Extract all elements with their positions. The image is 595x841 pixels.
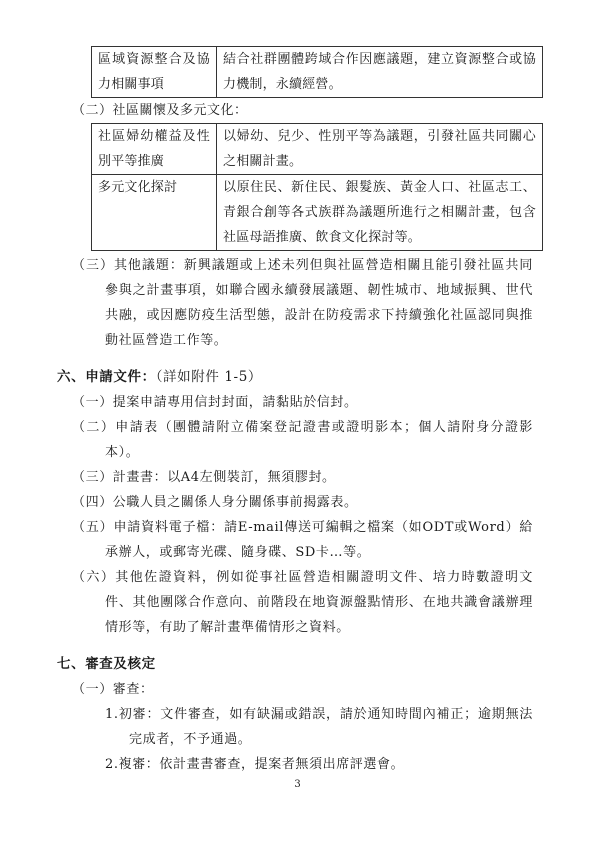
section-7-title: 七、審查及核定 bbox=[57, 652, 538, 677]
section-6-item-6: （六）其他佐證資料，例如從事社區營造相關證明文件、培力時數證明文件、其他團隊合作… bbox=[72, 565, 533, 640]
section-7-sub-heading: （一）審查： bbox=[72, 677, 533, 702]
page-number: 3 bbox=[0, 779, 595, 790]
section-6-title-text: 六、申請文件： bbox=[57, 369, 156, 385]
regional-resources-table: 區域資源整合及協力相關事項 結合社群團體跨域合作因應議題，建立資源整合或協力機制… bbox=[91, 46, 543, 98]
section-6-item-5: （五）申請資料電子檔：請E-mail傳送可編輯之檔案（如ODT或Word）給承辦… bbox=[72, 515, 533, 565]
section-6-title-note: （詳如附件 1-5） bbox=[156, 369, 262, 385]
table-cell-content: 結合社群團體跨域合作因應議題，建立資源整合或協力機制，永續經營。 bbox=[217, 47, 543, 98]
subsection-3-paragraph: （三）其他議題：新興議題或上述未列但與社區營造相關且能引發社區共同參與之計畫事項… bbox=[72, 253, 533, 353]
document-page: 區域資源整合及協力相關事項 結合社群團體跨域合作因應議題，建立資源整合或協力機制… bbox=[0, 0, 595, 841]
section-6-item-4: （四）公職人員之關係人身分關係事前揭露表。 bbox=[72, 490, 533, 515]
table-cell-content: 以婦幼、兒少、性別平等為議題，引發社區共同關心之相關計畫。 bbox=[217, 124, 543, 175]
section-6-title: 六、申請文件：（詳如附件 1-5） bbox=[57, 365, 538, 390]
table-row: 多元文化探討 以原住民、新住民、銀髮族、黃金人口、社區志工、青銀合創等各式族群為… bbox=[92, 175, 543, 251]
section-6-item-2: （二）申請表（團體請附立備案登記證書或證明影本；個人請附身分證影本）。 bbox=[72, 415, 533, 465]
community-culture-table: 社區婦幼權益及性別平等推廣 以婦幼、兒少、性別平等為議題，引發社區共同關心之相關… bbox=[91, 123, 543, 251]
section-6-item-3: （三）計畫書：以A4左側裝訂，無須膠封。 bbox=[72, 465, 533, 490]
table-row: 社區婦幼權益及性別平等推廣 以婦幼、兒少、性別平等為議題，引發社區共同關心之相關… bbox=[92, 124, 543, 175]
table-cell-label: 社區婦幼權益及性別平等推廣 bbox=[92, 124, 217, 175]
section-7-numbered-item-2: 2.複審：依計畫書審查，提案者無須出席評選會。 bbox=[105, 752, 533, 777]
table-cell-label: 多元文化探討 bbox=[92, 175, 217, 251]
subsection-2-heading: （二）社區關懷及多元文化： bbox=[72, 98, 538, 123]
table-row: 區域資源整合及協力相關事項 結合社群團體跨域合作因應議題，建立資源整合或協力機制… bbox=[92, 47, 543, 98]
table-cell-label: 區域資源整合及協力相關事項 bbox=[92, 47, 217, 98]
section-7-numbered-item-1: 1.初審：文件審查，如有缺漏或錯誤，請於通知時間內補正；逾期無法完成者，不予通過… bbox=[105, 702, 533, 752]
table-cell-content: 以原住民、新住民、銀髮族、黃金人口、社區志工、青銀合創等各式族群為議題所進行之相… bbox=[217, 175, 543, 251]
section-6-item-1: （一）提案申請專用信封封面，請黏貼於信封。 bbox=[72, 390, 533, 415]
